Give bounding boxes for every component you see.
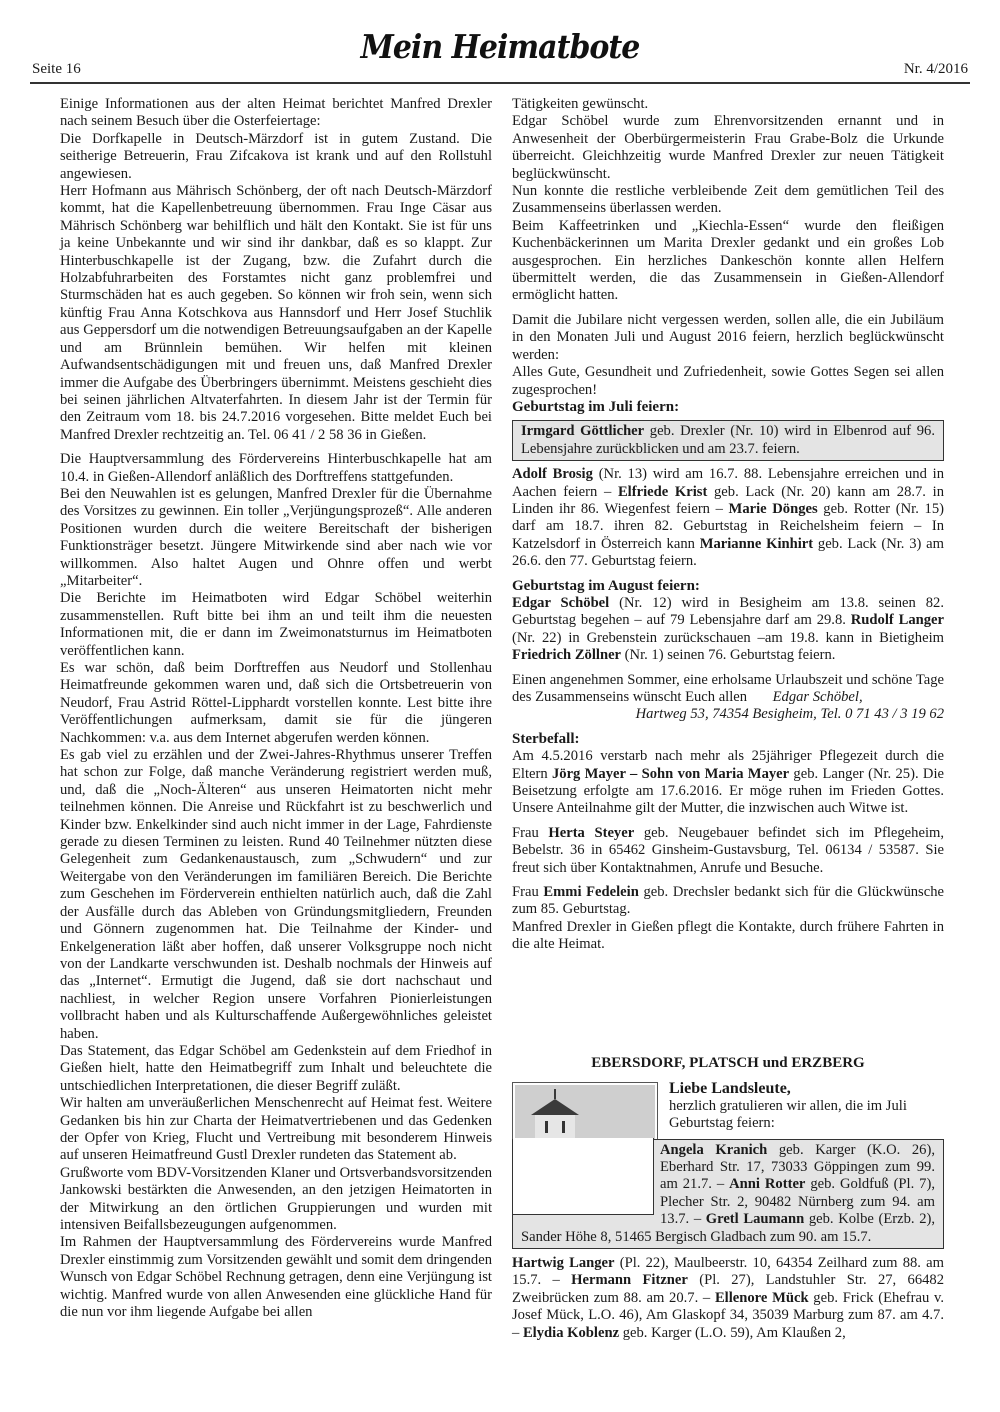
paragraph: Im Rahmen der Hauptversammlung des Förde… [60, 1234, 492, 1321]
paragraph: Herr Hofmann aus Mährisch Schönberg, der… [60, 183, 492, 444]
fedelein-notice: Frau Emmi Fedelein geb. Drechsler bedank… [512, 884, 944, 919]
header-rule [30, 82, 970, 84]
section-title: EBERSDORF, PLATSCH und ERZBERG [512, 1055, 944, 1072]
paragraph: Einige Informationen aus der alten Heima… [60, 96, 492, 131]
greeting: Liebe Landsleute, [669, 1080, 944, 1097]
person-name: Irmgard Göttlicher [521, 423, 644, 439]
ebersdorf-birthday-list: Hartwig Langer (Pl. 22), Maulbeerstr. 10… [512, 1255, 944, 1342]
paragraph: Wir halten am unveräußerlichen Menschenr… [60, 1095, 492, 1165]
intro-text: herzlich gratulieren wir allen, die im J… [669, 1098, 944, 1133]
august-heading: Geburtstag im August feiern: [512, 578, 944, 595]
masthead-logo: Mein Heimatbote [361, 28, 640, 67]
left-column: Einige Informationen aus der alten Heima… [60, 96, 492, 1321]
steyer-notice: Frau Herta Steyer geb. Neugebauer befind… [512, 825, 944, 877]
paragraph: Das Statement, das Edgar Schöbel am Gede… [60, 1043, 492, 1095]
signature-address: Hartweg 53, 74354 Besigheim, Tel. 0 71 4… [512, 706, 944, 723]
blessing: Alles Gute, Gesundheit und Zufriedenheit… [512, 364, 944, 399]
right-column: Tätigkeiten gewünscht. Edgar Schöbel wur… [512, 96, 944, 954]
ebersdorf-highlight-box: Angela Kranich geb. Karger (K.O. 26), Eb… [512, 1139, 944, 1249]
death-heading: Sterbefall: [512, 731, 944, 748]
page-header: Seite 16 Mein Heimatbote Nr. 4/2016 [30, 28, 970, 82]
page-number: Seite 16 [32, 61, 81, 78]
august-birthday-list: Edgar Schöbel (Nr. 12) wird in Besigheim… [512, 595, 944, 665]
paragraph: Es war schön, daß beim Dorftreffen aus N… [60, 660, 492, 747]
paragraph: Die Dorfkapelle in Deutsch-Märzdorf ist … [60, 131, 492, 183]
drexler-contacts: Manfred Drexler in Gießen pflegt die Kon… [512, 919, 944, 954]
paragraph: Grußworte vom BDV-Vorsitzenden Klaner un… [60, 1165, 492, 1235]
paragraph: Die Berichte im Heimatboten wird Edgar S… [60, 590, 492, 660]
signature-name: Edgar Schöbel, [773, 689, 863, 705]
death-notice: Am 4.5.2016 verstarb nach mehr als 25jäh… [512, 748, 944, 818]
paragraph: Edgar Schöbel wurde zum Ehrenvorsitzende… [512, 113, 944, 183]
paragraph: Nun konnte die restliche verbleibende Ze… [512, 183, 944, 218]
paragraph: Bei den Neuwahlen ist es gelungen, Manfr… [60, 486, 492, 590]
july-highlight-box: Irmgard Göttlicher geb. Drexler (Nr. 10)… [512, 420, 944, 461]
paragraph: Es gab viel zu erzählen und der Zwei-Jah… [60, 747, 492, 1043]
issue-number: Nr. 4/2016 [904, 61, 968, 78]
ebersdorf-section: EBERSDORF, PLATSCH und ERZBERG [512, 1055, 944, 1342]
paragraph: Die Hauptversammlung des Fördervereins H… [60, 451, 492, 486]
ebersdorf-intro: Liebe Landsleute, herzlich gratulieren w… [669, 1080, 944, 1132]
paragraph: Tätigkeiten gewünscht. [512, 96, 944, 113]
paragraph: Beim Kaffeetrinken und „Kiechla-Essen“ w… [512, 218, 944, 305]
jubilare-intro: Damit die Jubilare nicht vergessen werde… [512, 312, 944, 364]
summer-wish: Einen angenehmen Sommer, eine erholsame … [512, 672, 944, 707]
july-heading: Geburtstag im Juli feiern: [512, 399, 944, 416]
july-birthday-list: Adolf Brosig (Nr. 13) wird am 16.7. 88. … [512, 466, 944, 570]
